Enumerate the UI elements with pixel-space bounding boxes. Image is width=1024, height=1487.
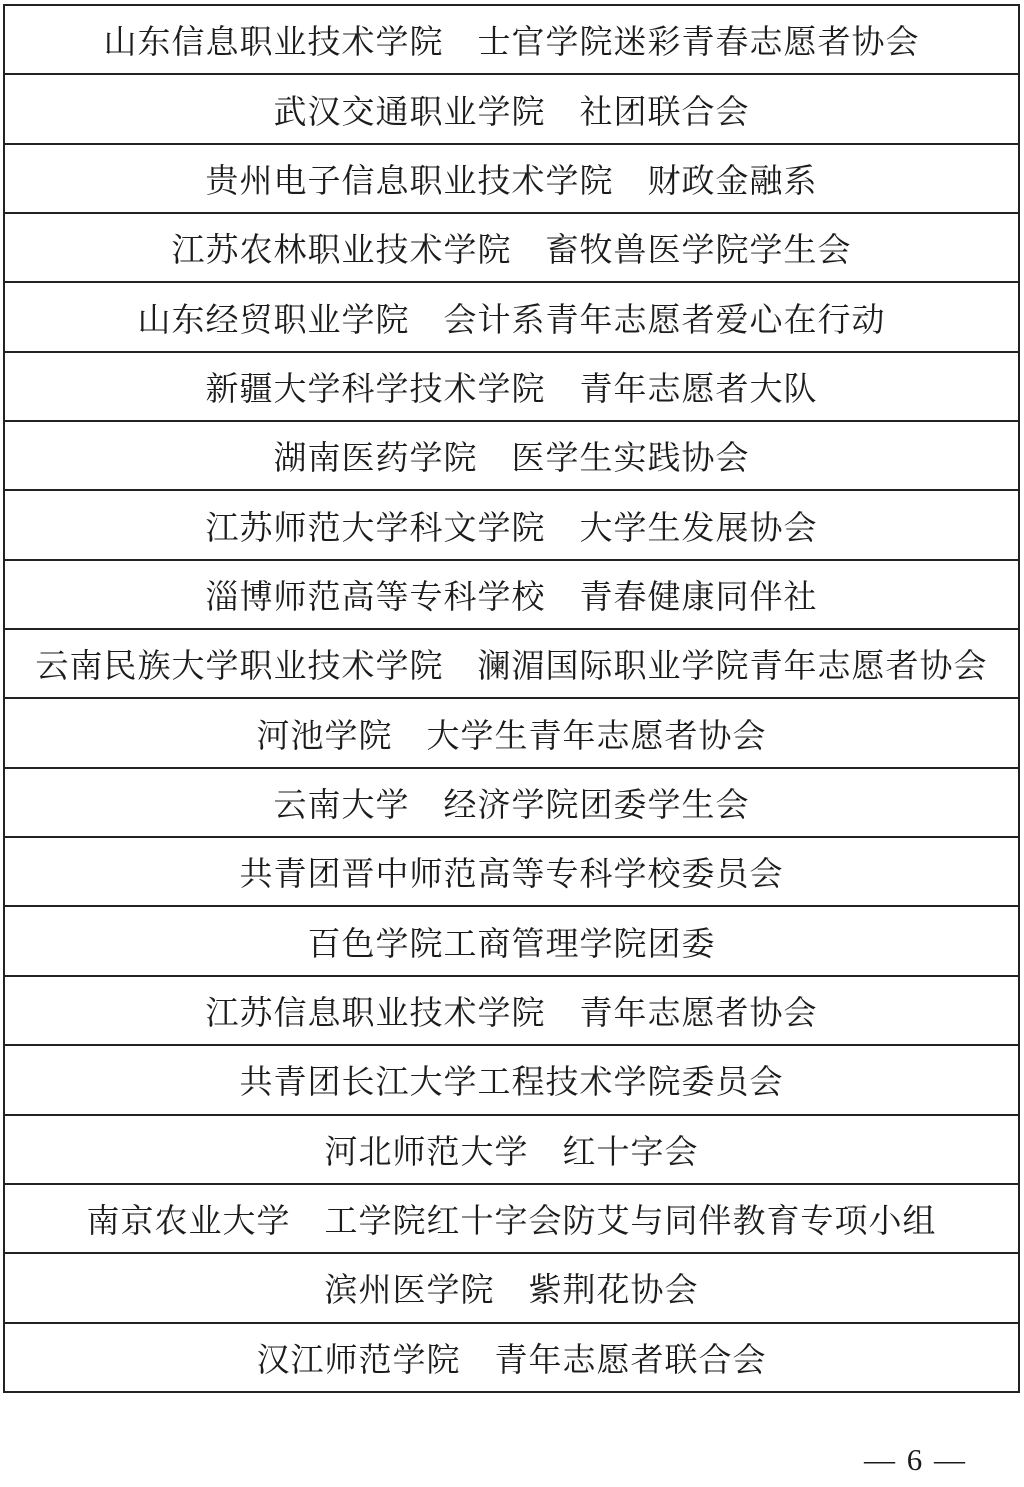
page-number: — 6 — [864,1442,967,1478]
table-row: 贵州电子信息职业技术学院 财政金融系 [5,143,1018,212]
table-row: 河北师范大学 红十字会 [5,1114,1018,1183]
table-row: 山东信息职业技术学院 士官学院迷彩青春志愿者协会 [5,6,1018,73]
table-row: 共青团长江大学工程技术学院委员会 [5,1044,1018,1113]
table-row: 山东经贸职业学院 会计系青年志愿者爱心在行动 [5,281,1018,350]
table-row: 江苏师范大学科文学院 大学生发展协会 [5,489,1018,558]
table-row: 武汉交通职业学院 社团联合会 [5,73,1018,142]
organization-list-table: 山东信息职业技术学院 士官学院迷彩青春志愿者协会 武汉交通职业学院 社团联合会 … [3,4,1020,1393]
table-row: 滨州医学院 紫荆花协会 [5,1252,1018,1321]
table-row: 云南大学 经济学院团委学生会 [5,767,1018,836]
table-row: 新疆大学科学技术学院 青年志愿者大队 [5,351,1018,420]
table-row: 共青团晋中师范高等专科学校委员会 [5,836,1018,905]
table-row: 云南民族大学职业技术学院 澜湄国际职业学院青年志愿者协会 [5,628,1018,697]
document-page: 山东信息职业技术学院 士官学院迷彩青春志愿者协会 武汉交通职业学院 社团联合会 … [0,0,1024,1487]
table-row: 河池学院 大学生青年志愿者协会 [5,697,1018,766]
table-row: 江苏农林职业技术学院 畜牧兽医学院学生会 [5,212,1018,281]
table-row: 南京农业大学 工学院红十字会防艾与同伴教育专项小组 [5,1183,1018,1252]
table-row: 百色学院工商管理学院团委 [5,905,1018,974]
table-row: 江苏信息职业技术学院 青年志愿者协会 [5,975,1018,1044]
table-row: 淄博师范高等专科学校 青春健康同伴社 [5,559,1018,628]
table-row: 汉江师范学院 青年志愿者联合会 [5,1322,1018,1391]
table-row: 湖南医药学院 医学生实践协会 [5,420,1018,489]
